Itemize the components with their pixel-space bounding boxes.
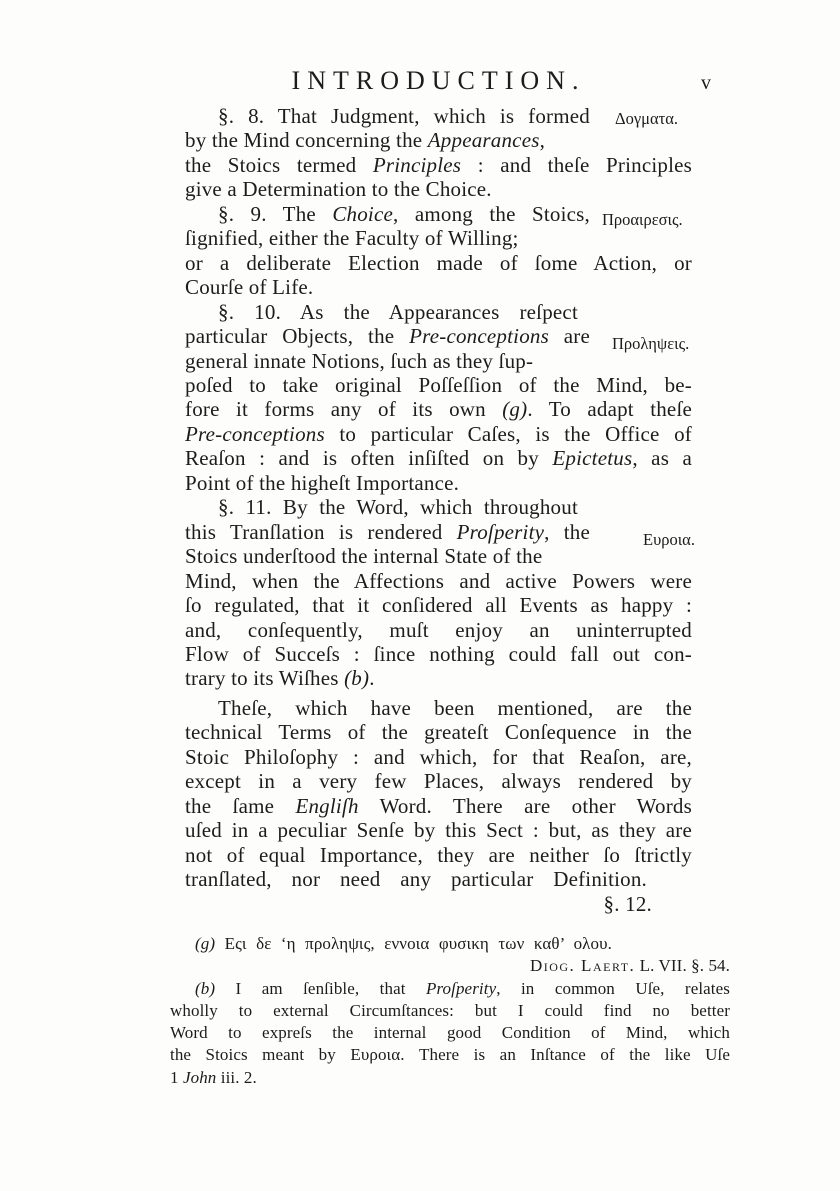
text-line: technical Terms of the greateſt Conſeque… <box>185 720 692 744</box>
text-segment: : and theſe Principles <box>461 153 692 177</box>
text-segment: general innate Notions, ſuch as they ſup… <box>185 349 533 373</box>
text-segment: . <box>369 666 374 690</box>
text-segment: . There is an Inſtance of the like Uſe <box>400 1045 730 1064</box>
text-segment: Theſe, which have been mentioned, are th… <box>218 696 692 720</box>
text-segment: Stoic Philoſophy : and which, for that R… <box>185 745 692 769</box>
text-segment: and, conſequently, muſt enjoy an uninter… <box>185 618 692 642</box>
text-line: except in a very few Places, always rend… <box>185 769 692 793</box>
text-line: uſed in a peculiar Senſe by this Sect : … <box>185 818 692 842</box>
text-segment: the Stoics meant by <box>170 1045 350 1064</box>
margin-note-dogmata: Δογματα. <box>615 109 678 129</box>
italic-text-segment: Epictetus <box>552 446 632 470</box>
text-segment: Courſe of Life. <box>185 275 313 299</box>
text-segment: Word. There are other Words <box>359 794 692 818</box>
text-line: the Stoics meant by Ευροια. There is an … <box>170 1044 730 1066</box>
page-header-title: INTRODUCTION. <box>185 66 692 96</box>
italic-text-segment: Engliſh <box>295 794 358 818</box>
text-segment: , as a <box>632 446 692 470</box>
text-segment: , in common Uſe, relates <box>496 979 730 998</box>
margin-note-proairesis: Προαιρεσις. <box>602 210 683 230</box>
italic-text-segment: Choice <box>332 202 393 226</box>
text-line: particular Objects, the Pre-conceptions … <box>185 324 590 348</box>
text-segment: poſed to take original Poſſeſſion of the… <box>185 373 692 397</box>
text-line: by the Mind concerning the Appearances, <box>185 128 692 152</box>
text-segment: §. 10. As the Appearances reſpect <box>218 300 578 324</box>
text-line: Pre-conceptions to particular Caſes, is … <box>185 422 692 446</box>
text-segment: , <box>540 128 545 152</box>
text-line: wholly to external Circumſtances: but I … <box>170 1000 730 1022</box>
text-line: Courſe of Life. <box>185 275 692 299</box>
margin-note-euroia: Ευροια. <box>643 530 695 550</box>
text-segment: Mind, when the Affections and active Pow… <box>185 569 692 593</box>
text-line: (g) Εςι δε ‘η προληψις, εννοια φυσικη τω… <box>170 933 612 955</box>
text-segment: Word to expreſs the internal good Condit… <box>170 1023 730 1042</box>
text-segment: iii. 2. <box>216 1068 256 1087</box>
text-segment: , the <box>544 520 590 544</box>
margin-note-prolepseis: Προληψεις. <box>612 334 689 354</box>
page-number: v <box>701 72 711 95</box>
text-line: not of equal Importance, they are neithe… <box>185 843 692 867</box>
text-line: or a deliberate Election made of ſome Ac… <box>185 251 692 275</box>
text-line: Stoics underſtood the internal State of … <box>185 544 692 568</box>
text-segment: the Stoics termed <box>185 153 373 177</box>
text-segment: I am ſenſible, that <box>236 979 426 998</box>
text-segment: . To adapt theſe <box>527 397 692 421</box>
text-line: this Tranſlation is rendered Proſperity,… <box>185 520 590 544</box>
text-segment: particular Objects, the <box>185 324 409 348</box>
italic-text-segment: Pre-conceptions <box>185 422 325 446</box>
text-line: Mind, when the Affections and active Pow… <box>185 569 692 593</box>
italic-text-segment: (b) <box>344 666 369 690</box>
italic-text-segment: (b) <box>195 979 236 998</box>
italic-text-segment: John <box>183 1068 216 1087</box>
text-line: §. 12. <box>185 892 692 916</box>
text-line: ſo regulated, that it conſidered all Eve… <box>185 593 692 617</box>
book-page: INTRODUCTION. v §. 8. That Judgment, whi… <box>0 0 840 1191</box>
text-line: §. 8. That Judgment, which is formed <box>185 104 590 128</box>
text-segment: §. 11. By the Word, which throughout <box>218 495 578 519</box>
text-segment: except in a very few Places, always rend… <box>185 769 692 793</box>
text-line: the Stoics termed Principles : and theſe… <box>185 153 692 177</box>
italic-text-segment: (g) <box>195 934 225 953</box>
text-segment: to particular Caſes, is the Office of <box>325 422 692 446</box>
text-line: give a Determination to the Choice. <box>185 177 692 201</box>
text-segment: §. 8. That Judgment, which is formed <box>218 104 590 128</box>
text-segment: uſed in a peculiar Senſe by this Sect : … <box>185 818 692 842</box>
text-segment: not of equal Importance, they are neithe… <box>185 843 692 867</box>
text-line: Point of the higheſt Importance. <box>185 471 692 495</box>
text-segment: 1 <box>170 1068 183 1087</box>
text-line: Stoic Philoſophy : and which, for that R… <box>185 745 692 769</box>
text-segment: or a deliberate Election made of ſome Ac… <box>185 251 692 275</box>
text-segment: Diog. Laert. <box>530 956 635 975</box>
text-segment: fore it forms any of its own <box>185 397 502 421</box>
text-line: §. 10. As the Appearances reſpect <box>185 300 578 324</box>
text-segment: ſo regulated, that it conſidered all Eve… <box>185 593 692 617</box>
text-line: tranſlated, nor need any particular Defi… <box>185 867 647 891</box>
text-segment: trary to its Wiſhes <box>185 666 344 690</box>
text-segment: are <box>549 324 590 348</box>
text-segment: ſignified, either the Faculty of Willing… <box>185 226 519 250</box>
italic-text-segment: Pre-conceptions <box>409 324 549 348</box>
text-line: Diog. Laert. L. VII. §. 54. <box>170 955 730 977</box>
text-segment: the ſame <box>185 794 295 818</box>
text-segment: L. VII. §. 54. <box>635 956 730 975</box>
text-segment: give a Determination to the Choice. <box>185 177 492 201</box>
text-line: Flow of Succeſs : ſince nothing could fa… <box>185 642 692 666</box>
text-segment: Stoics underſtood the internal State of … <box>185 544 542 568</box>
text-line: trary to its Wiſhes (b). <box>185 666 692 690</box>
italic-text-segment: Appearances <box>428 128 540 152</box>
text-line: the ſame Engliſh Word. There are other W… <box>185 794 692 818</box>
text-segment: §. 9. The <box>218 202 332 226</box>
text-line: §. 9. The Choice, among the Stoics, <box>185 202 590 226</box>
text-line: Theſe, which have been mentioned, are th… <box>185 696 692 720</box>
text-line: (b) I am ſenſible, that Proſperity, in c… <box>170 978 730 1000</box>
text-segment: , among the Stoics, <box>393 202 590 226</box>
text-segment: §. 12. <box>604 892 652 916</box>
text-segment: Flow of Succeſs : ſince nothing could fa… <box>185 642 692 666</box>
text-segment: wholly to external Circumſtances: but I … <box>170 1001 730 1020</box>
text-segment: technical Terms of the greateſt Conſeque… <box>185 720 692 744</box>
text-line: 1 John iii. 2. <box>170 1067 730 1089</box>
text-line: fore it forms any of its own (g). To ada… <box>185 397 692 421</box>
text-segment: this Tranſlation is rendered <box>185 520 457 544</box>
text-line: poſed to take original Poſſeſſion of the… <box>185 373 692 397</box>
italic-text-segment: Proſperity <box>457 520 545 544</box>
text-line: Reaſon : and is often inſiſted on by Epi… <box>185 446 692 470</box>
text-segment: tranſlated, nor need any particular Defi… <box>185 867 647 891</box>
greek-text-segment: Εςι δε ‘η προληψις, εννοια φυσικη των κα… <box>225 934 612 953</box>
text-line: Word to expreſs the internal good Condit… <box>170 1022 730 1044</box>
italic-text-segment: Principles <box>373 153 461 177</box>
text-segment: by the Mind concerning the <box>185 128 428 152</box>
italic-text-segment: (g) <box>502 397 527 421</box>
text-line: and, conſequently, muſt enjoy an uninter… <box>185 618 692 642</box>
footnotes: (g) Εςι δε ‘η προληψις, εννοια φυσικη τω… <box>170 933 730 1089</box>
italic-text-segment: Proſperity <box>426 979 496 998</box>
text-line: §. 11. By the Word, which throughout <box>185 495 578 519</box>
text-segment: Reaſon : and is often inſiſted on by <box>185 446 552 470</box>
text-segment: Point of the higheſt Importance. <box>185 471 459 495</box>
greek-text-segment: Ευροια <box>350 1045 400 1064</box>
